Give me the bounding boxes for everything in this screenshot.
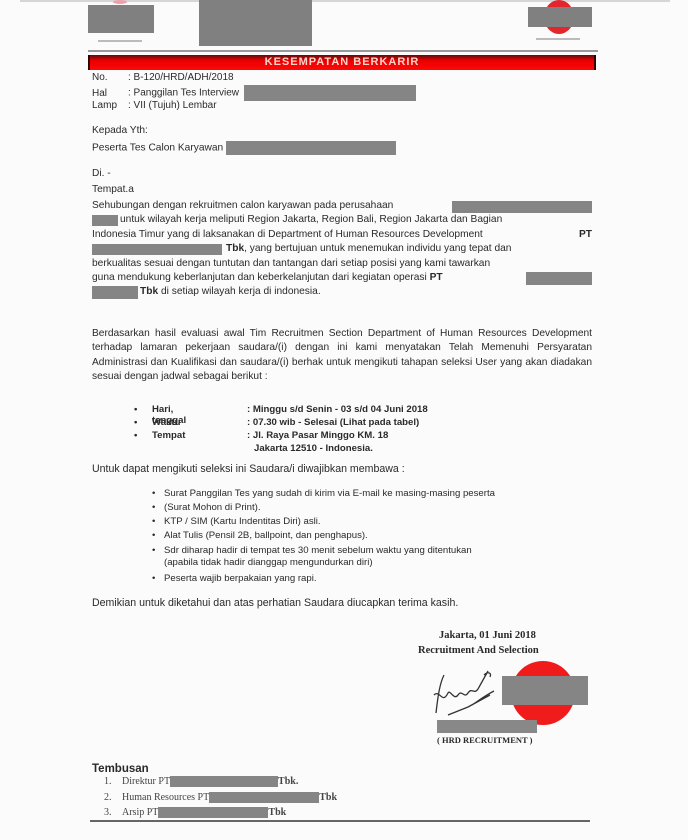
company-tbk: Tbk: [140, 286, 158, 297]
cc-num: 1.: [104, 776, 112, 787]
bullet-icon: •: [134, 404, 137, 415]
signer-role: ( HRD RECRUITMENT ): [437, 735, 532, 745]
para1-line: di setiap wilayah kerja di indonesia.: [161, 286, 321, 297]
bullet-icon: •: [152, 573, 155, 584]
place-line-2: Tempat.a: [92, 183, 134, 197]
meta-label: Lamp: [92, 100, 128, 112]
header-divider: [88, 50, 598, 52]
para1-line: untuk wilayah kerja meliputi Region Jaka…: [120, 214, 502, 225]
redacted-text: [526, 272, 592, 285]
company-tbk: Tbk: [226, 243, 244, 254]
bullet-icon: •: [152, 516, 155, 527]
cc-prefix: Human Resources PT: [122, 792, 209, 803]
requirement-text: Peserta wajib berpakaian yang rapi.: [164, 573, 317, 584]
schedule-key: Waktu: [152, 417, 180, 428]
recipient-text: Peserta Tes Calon Karyawan: [92, 143, 223, 154]
redacted-logo: [528, 7, 592, 27]
footer-divider: [90, 820, 590, 822]
logo-underline: [536, 38, 580, 40]
requirements-intro: Untuk dapat mengikuti seleksi ini Saudar…: [92, 462, 405, 476]
cc-suffix: Tbk: [268, 807, 286, 818]
redacted-text: [226, 141, 396, 155]
cc-num: 3.: [104, 807, 112, 818]
redacted-text: [170, 776, 278, 787]
redacted-text: [452, 201, 592, 213]
redacted-text: [92, 286, 138, 299]
redacted-header: [199, 0, 312, 46]
redacted-text: [244, 85, 416, 101]
bullet-icon: •: [152, 488, 155, 499]
requirement-text: (Surat Mohon di Print).: [164, 502, 261, 513]
meta-value: : Panggilan Tes Interview: [128, 88, 239, 99]
requirement-text: Surat Panggilan Tes yang sudah di kirim …: [164, 488, 495, 499]
bullet-icon: •: [134, 430, 137, 441]
department: Recruitment And Selection: [418, 645, 539, 656]
bullet-icon: •: [152, 502, 155, 513]
redacted-signer-name: [437, 720, 537, 733]
meta-label: No.: [92, 72, 128, 84]
meta-value: : VII (Tujuh) Lembar: [128, 100, 217, 111]
schedule-value: : Minggu s/d Senin - 03 s/d 04 Juni 2018: [247, 404, 428, 415]
requirement-text: KTP / SIM (Kartu Indentitas Diri) asli.: [164, 516, 321, 527]
requirement-text: Sdr diharap hadir di tempat tes 30 menit…: [164, 545, 472, 556]
para1-line: Indonesia Timur yang di laksanakan di De…: [92, 229, 483, 240]
paragraph-1: Sehubungan dengan rekruitmen calon karya…: [92, 199, 592, 300]
para1-line: guna mendukung keberlanjutan dan keberke…: [92, 272, 427, 283]
place-line-1: Di. -: [92, 167, 111, 181]
requirement-item: •KTP / SIM (Kartu Indentitas Diri) asli.: [164, 516, 321, 527]
title-banner: KESEMPATAN BERKARIR: [88, 55, 596, 70]
cc-suffix: Tbk.: [278, 776, 298, 787]
company-logo-left: [88, 0, 154, 44]
company-pt: PT: [579, 228, 592, 242]
requirement-text: Alat Tulis (Pensil 2B, ballpoint, dan pe…: [164, 530, 368, 541]
company-logo-right: [526, 0, 592, 44]
banner-title: KESEMPATAN BERKARIR: [90, 55, 594, 70]
cc-prefix: Arsip PT: [122, 807, 158, 818]
requirement-item: •Sdr diharap hadir di tempat tes 30 meni…: [164, 545, 472, 556]
logo-underline: [98, 40, 142, 42]
para1-line: , yang bertujuan untuk menemukan individ…: [244, 243, 511, 254]
meta-lamp: Lamp: VII (Tujuh) Lembar: [92, 100, 217, 112]
meta-value: : B-120/HRD/ADH/2018: [128, 72, 234, 83]
recipient-heading: Kepada Yth:: [92, 124, 148, 138]
schedule-value: : Jl. Raya Pasar Minggo KM. 18: [247, 430, 388, 441]
para1-line: berkualitas sesuai dengan tuntutan dan t…: [92, 257, 592, 271]
cc-prefix: Direktur PT: [122, 776, 170, 787]
paragraph-2: Berdasarkan hasil evaluasi awal Tim Recr…: [92, 327, 592, 385]
cc-title: Tembusan: [92, 763, 149, 775]
logo-dot: [113, 0, 127, 4]
requirement-item: •Peserta wajib berpakaian yang rapi.: [164, 573, 317, 584]
requirement-item: •(Surat Mohon di Print).: [164, 502, 261, 513]
meta-hal: Hal: Panggilan Tes Interview: [92, 85, 416, 101]
schedule-key: Tempat: [152, 430, 185, 441]
redacted-text: [92, 215, 118, 226]
redacted-text: [209, 792, 319, 803]
bullet-icon: •: [152, 530, 155, 541]
place-date: Jakarta, 01 Juni 2018: [439, 630, 536, 641]
schedule-value: : 07.30 wib - Selesai (Lihat pada tabel): [247, 417, 419, 428]
meta-no: No.: B-120/HRD/ADH/2018: [92, 72, 234, 84]
requirement-item: •Alat Tulis (Pensil 2B, ballpoint, dan p…: [164, 530, 368, 541]
closing: Demikian untuk diketahui dan atas perhat…: [92, 596, 458, 610]
bullet-icon: •: [134, 417, 137, 428]
cc-num: 2.: [104, 792, 112, 803]
bullet-icon: •: [152, 545, 155, 556]
recipient: Peserta Tes Calon Karyawan: [92, 141, 396, 156]
signature-icon: [428, 665, 518, 720]
requirement-note: (apabila tidak hadir dianggap mengundurk…: [164, 557, 373, 568]
cc-suffix: Tbk: [319, 792, 337, 803]
company-pt: PT: [430, 272, 443, 283]
requirement-item: •Surat Panggilan Tes yang sudah di kirim…: [164, 488, 495, 499]
redacted-logo: [88, 5, 154, 33]
place-date-text: Jakarta, 01 Juni 2018: [439, 630, 536, 641]
schedule-address-2: Jakarta 12510 - Indonesia.: [254, 443, 373, 454]
meta-label: Hal: [92, 88, 128, 100]
redacted-text: [92, 244, 222, 255]
redacted-text: [158, 807, 268, 818]
para1-line: Sehubungan dengan rekruitmen calon karya…: [92, 200, 393, 211]
